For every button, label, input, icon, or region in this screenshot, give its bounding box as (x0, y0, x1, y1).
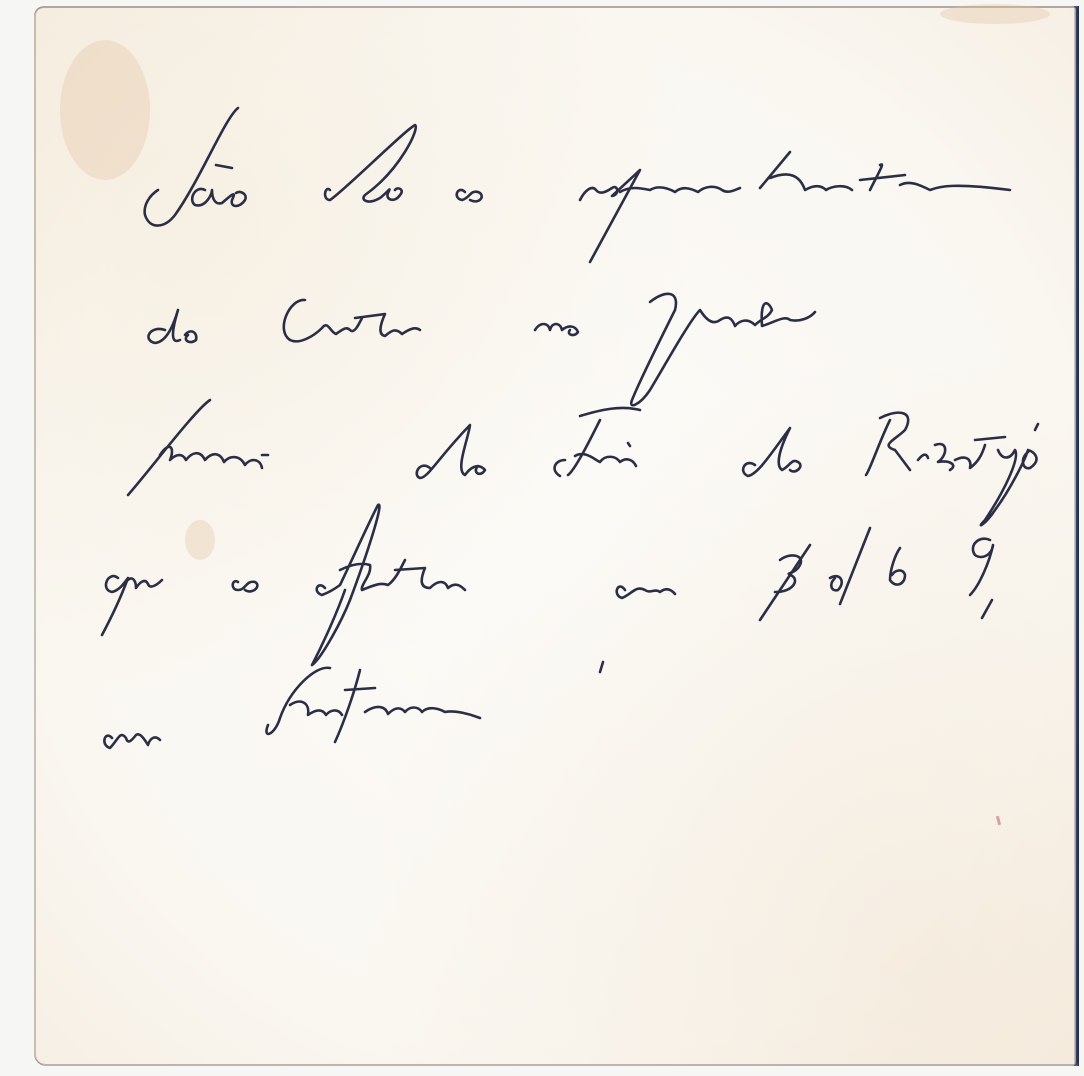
scanned-page: São eles os representantes do Centro no … (0, 0, 1084, 1076)
handwriting-line-1 (145, 108, 1010, 262)
handwriting-line-2 (148, 294, 815, 405)
handwriting-strokes (0, 0, 1084, 1076)
handwriting-line-5 (104, 662, 603, 748)
handwriting-line-4 (102, 505, 993, 665)
handwriting-line-3 (128, 400, 1038, 525)
